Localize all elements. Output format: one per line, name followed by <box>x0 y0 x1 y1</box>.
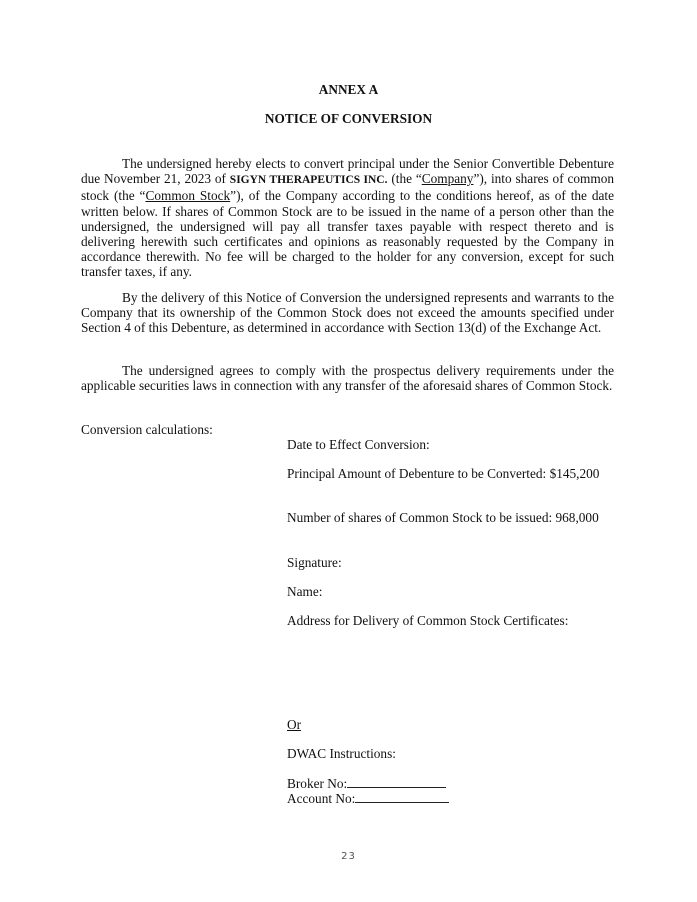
principal-value: $145,200 <box>550 466 600 481</box>
p1-text-2: (the “ <box>388 171 422 186</box>
delivery-address-label: Address for Delivery of Common Stock Cer… <box>287 613 568 629</box>
signature-label: Signature: <box>287 555 342 571</box>
page-number: 23 <box>0 851 697 862</box>
paragraph-election: The undersigned hereby elects to convert… <box>81 156 614 280</box>
broker-label: Broker No: <box>287 776 347 791</box>
broker-number-blank[interactable] <box>347 776 446 788</box>
name-label: Name: <box>287 584 322 600</box>
p2-text: By the delivery of this Notice of Conver… <box>81 290 614 335</box>
company-defined-term: Company <box>422 171 474 186</box>
document-title: NOTICE OF CONVERSION <box>0 111 697 127</box>
shares-label: Number of shares of Common Stock to be i… <box>287 510 552 525</box>
common-stock-defined-term: Common Stock <box>145 188 230 203</box>
shares-value: 968,000 <box>556 510 599 525</box>
company-name: SIGYN THERAPEUTICS INC. <box>230 174 388 186</box>
account-label: Account No: <box>287 791 355 806</box>
annex-heading: ANNEX A <box>0 82 697 98</box>
p3-text: The undersigned agrees to comply with th… <box>81 363 614 393</box>
principal-amount-row: Principal Amount of Debenture to be Conv… <box>287 466 599 482</box>
shares-to-issue-row: Number of shares of Common Stock to be i… <box>287 510 599 526</box>
paragraph-prospectus: The undersigned agrees to comply with th… <box>81 363 614 393</box>
dwac-instructions-label: DWAC Instructions: <box>287 746 396 762</box>
date-to-effect-conversion: Date to Effect Conversion: <box>287 437 430 453</box>
principal-label: Principal Amount of Debenture to be Conv… <box>287 466 546 481</box>
account-number-row: Account No: <box>287 791 449 807</box>
paragraph-representation: By the delivery of this Notice of Conver… <box>81 290 614 336</box>
broker-number-row: Broker No: <box>287 776 446 792</box>
conversion-calculations-label: Conversion calculations: <box>81 422 213 438</box>
date-label: Date to Effect Conversion: <box>287 437 430 452</box>
or-label: Or <box>287 717 301 733</box>
account-number-blank[interactable] <box>355 791 449 803</box>
